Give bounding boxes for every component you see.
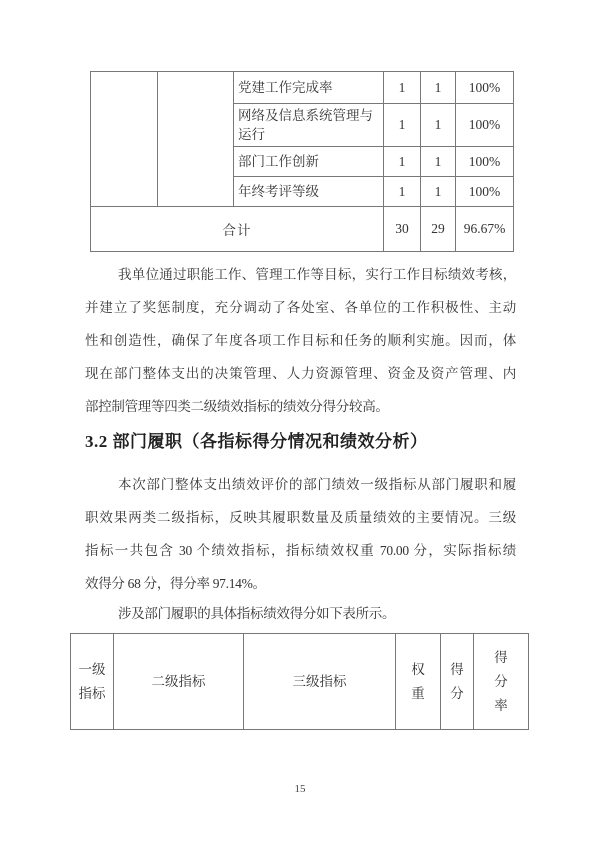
indicator-cell: 年终考评等级: [234, 177, 384, 207]
empty-level2-cell: [158, 72, 234, 207]
paragraph-line: 并建立了奖惩制度，充分调动了各处室、各单位的工作积极性、主动: [85, 291, 516, 324]
section-heading: 3.2 部门履职（各指标得分情况和绩效分析）: [85, 427, 428, 452]
weight-cell: 1: [384, 177, 421, 207]
weight-cell: 1: [384, 147, 421, 177]
weight-cell: 1: [384, 104, 421, 147]
paragraph-line: 性和创造性，确保了年度各项工作目标和任务的顺利实施。因而，体: [85, 324, 516, 357]
indicator-cell: 网络及信息系统管理与 运行: [234, 104, 384, 147]
page-number: 15: [0, 783, 600, 795]
rate-cell: 100%: [456, 147, 514, 177]
score-cell: 1: [421, 104, 456, 147]
rate-cell: 100%: [456, 177, 514, 207]
paragraph-performance-summary: 我单位通过职能工作、管理工作等目标，实行工作目标绩效考核， 并建立了奖惩制度，充…: [85, 258, 516, 423]
paragraph-line: 我单位通过职能工作、管理工作等目标，实行工作目标绩效考核，: [85, 258, 516, 291]
indicator-cell: 党建工作完成率: [234, 72, 384, 104]
paragraph-duty-overview: 本次部门整体支出绩效评价的部门绩效一级指标从部门履职和履 职效果两类二级指标，反…: [85, 468, 516, 600]
paragraph-line: 指标一共包含 30 个绩效指标，指标绩效权重 70.00 分，实际指标绩: [85, 534, 516, 567]
rate-cell: 100%: [456, 72, 514, 104]
header-row: 一级 指标 二级指标 三级指标 权 重 得 分 得 分 率: [71, 634, 529, 730]
header-score-cell: 得 分: [441, 634, 474, 730]
empty-level1-cell: [91, 72, 158, 207]
paragraph-line: 职效果两类二级指标，反映其履职数量及质量绩效的主要情况。三级: [85, 501, 516, 534]
header-level1-cell: 一级 指标: [71, 634, 114, 730]
header-level3-cell: 三级指标: [244, 634, 396, 730]
paragraph-line: 效得分 68 分，得分率 97.14%。: [85, 567, 516, 600]
score-table-continued: 党建工作完成率 1 1 100% 网络及信息系统管理与 运行 1 1 100% …: [90, 71, 514, 252]
header-level2-cell: 二级指标: [114, 634, 244, 730]
score-cell: 1: [421, 147, 456, 177]
total-weight-cell: 30: [384, 207, 421, 252]
paragraph-line: 现在部门整体支出的决策管理、人力资源管理、资金及资产管理、内: [85, 357, 516, 390]
indicator-cell: 部门工作创新: [234, 147, 384, 177]
paragraph-line: 部控制管理等四类二级绩效指标的绩效分得分较高。: [85, 390, 516, 423]
header-weight-cell: 权 重: [396, 634, 441, 730]
weight-cell: 1: [384, 72, 421, 104]
total-rate-cell: 96.67%: [456, 207, 514, 252]
paragraph-line: 本次部门整体支出绩效评价的部门绩效一级指标从部门履职和履: [85, 468, 516, 501]
paragraph-table-intro: 涉及部门履职的具体指标绩效得分如下表所示。: [85, 597, 516, 630]
total-label-cell: 合计: [91, 207, 384, 252]
score-cell: 1: [421, 177, 456, 207]
total-score-cell: 29: [421, 207, 456, 252]
score-cell: 1: [421, 72, 456, 104]
paragraph-line: 涉及部门履职的具体指标绩效得分如下表所示。: [85, 597, 516, 630]
total-row: 合计 30 29 96.67%: [91, 207, 514, 252]
table-row: 党建工作完成率 1 1 100%: [91, 72, 514, 104]
rate-cell: 100%: [456, 104, 514, 147]
header-rate-cell: 得 分 率: [474, 634, 529, 730]
duty-table-header: 一级 指标 二级指标 三级指标 权 重 得 分 得 分 率: [70, 633, 529, 730]
